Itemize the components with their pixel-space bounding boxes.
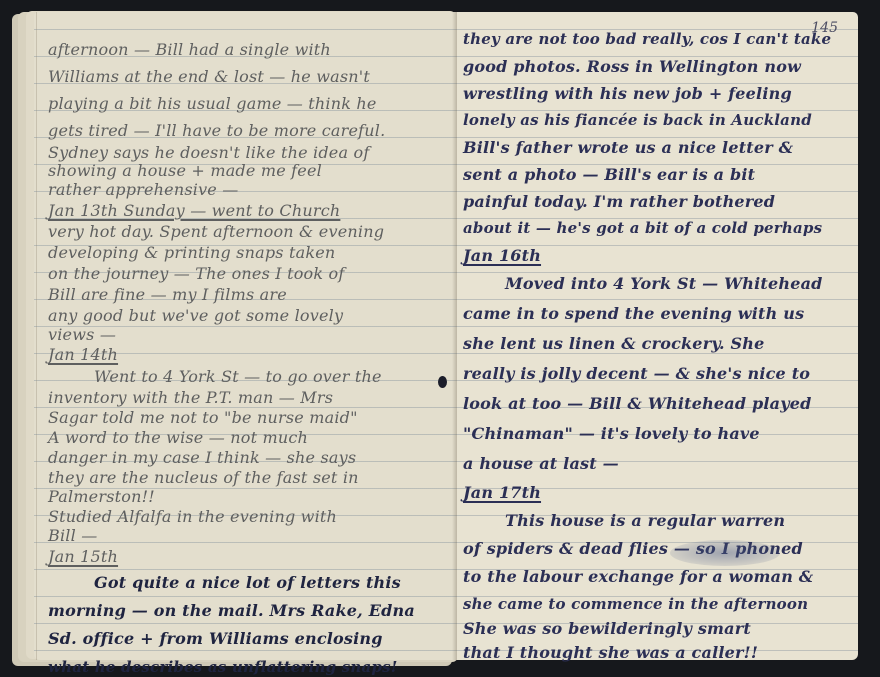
diary-scan: afternoon — Bill had a single with Willi… bbox=[0, 0, 880, 677]
diary-line: gets tired — I'll have to be more carefu… bbox=[34, 117, 457, 144]
diary-line: look at too — Bill & Whitehead played bbox=[457, 389, 858, 419]
diary-line: came in to spend the evening with us bbox=[457, 299, 858, 329]
diary-line: Moved into 4 York St — Whitehead bbox=[457, 269, 858, 299]
diary-line: Studied Alfalfa in the evening with bbox=[34, 506, 457, 527]
diary-line: Went to 4 York St — to go over the bbox=[34, 366, 457, 387]
diary-date-heading: Jan 17th bbox=[457, 479, 858, 507]
diary-line: danger in my case I think — she says bbox=[34, 448, 457, 468]
diary-line: inventory with the P.T. man — Mrs bbox=[34, 387, 457, 408]
diary-line: morning — on the mail. Mrs Rake, Edna bbox=[34, 597, 457, 625]
diary-date-heading: Jan 16th bbox=[457, 242, 858, 269]
diary-line: views — bbox=[34, 326, 457, 344]
diary-line: She was so bewilderingly smart bbox=[457, 617, 858, 641]
diary-line: wrestling with his new job + feeling bbox=[457, 80, 858, 107]
diary-date-heading: Jan 15th bbox=[34, 545, 457, 569]
diary-line: of spiders & dead flies — so I phoned bbox=[457, 535, 858, 563]
diary-line: rather apprehensive — bbox=[34, 180, 457, 200]
right-page: 145 they are not too bad really, cos I c… bbox=[457, 12, 858, 660]
diary-line: painful today. I'm rather bothered bbox=[457, 188, 858, 215]
diary-line: A word to the wise — not much bbox=[34, 428, 457, 448]
diary-line: that I thought she was a caller!! bbox=[457, 641, 858, 665]
diary-line: Sagar told me not to "be nurse maid" bbox=[34, 408, 457, 428]
diary-date-heading: Jan 14th bbox=[34, 344, 457, 366]
diary-line: they are not too bad really, cos I can't… bbox=[457, 26, 858, 53]
diary-line: lonely as his fiancée is back in Aucklan… bbox=[457, 107, 858, 134]
diary-line: developing & printing snaps taken bbox=[34, 242, 457, 263]
diary-line: Got quite a nice lot of letters this bbox=[34, 569, 457, 597]
diary-line: playing a bit his usual game — think he bbox=[34, 90, 457, 117]
left-page-text: afternoon — Bill had a single with Willi… bbox=[34, 36, 457, 677]
left-page: afternoon — Bill had a single with Willi… bbox=[34, 12, 457, 660]
diary-line: Palmerston!! bbox=[34, 487, 457, 506]
diary-line: Williams at the end & lost — he wasn't bbox=[34, 63, 457, 90]
ink-blot bbox=[438, 376, 447, 388]
diary-line: showing a house + made me feel bbox=[34, 162, 457, 180]
diary-line: very hot day. Spent afternoon & evening bbox=[34, 221, 457, 242]
diary-line: on the journey — The ones I took of bbox=[34, 263, 457, 284]
diary-line: to the labour exchange for a woman & bbox=[457, 563, 858, 591]
diary-line: Sd. office + from Williams enclosing bbox=[34, 625, 457, 653]
diary-line: Bill — bbox=[34, 527, 457, 545]
diary-line: what he describes as unflattering snaps! bbox=[34, 653, 457, 677]
diary-line: she came to commence in the afternoon bbox=[457, 591, 858, 617]
diary-line: Bill's father wrote us a nice letter & bbox=[457, 134, 858, 161]
diary-line: Bill are fine — my I films are bbox=[34, 284, 457, 305]
diary-line: sent a photo — Bill's ear is a bit bbox=[457, 161, 858, 188]
diary-line: good photos. Ross in Wellington now bbox=[457, 53, 858, 80]
diary-line: "Chinaman" — it's lovely to have bbox=[457, 419, 858, 449]
diary-line: about it — he's got a bit of a cold perh… bbox=[457, 215, 858, 242]
diary-line: really is jolly decent — & she's nice to bbox=[457, 359, 858, 389]
diary-line: Sydney says he doesn't like the idea of bbox=[34, 144, 457, 162]
diary-line: a house at last — bbox=[457, 449, 858, 479]
diary-line: afternoon — Bill had a single with bbox=[34, 36, 457, 63]
diary-line: any good but we've got some lovely bbox=[34, 305, 457, 326]
diary-line: she lent us linen & crockery. She bbox=[457, 329, 858, 359]
diary-line: This house is a regular warren bbox=[457, 507, 858, 535]
right-page-text: they are not too bad really, cos I can't… bbox=[457, 26, 858, 665]
diary-date-heading: Jan 13th Sunday — went to Church bbox=[34, 200, 457, 221]
ink-smudge bbox=[670, 540, 780, 566]
diary-line: they are the nucleus of the fast set in bbox=[34, 468, 457, 487]
